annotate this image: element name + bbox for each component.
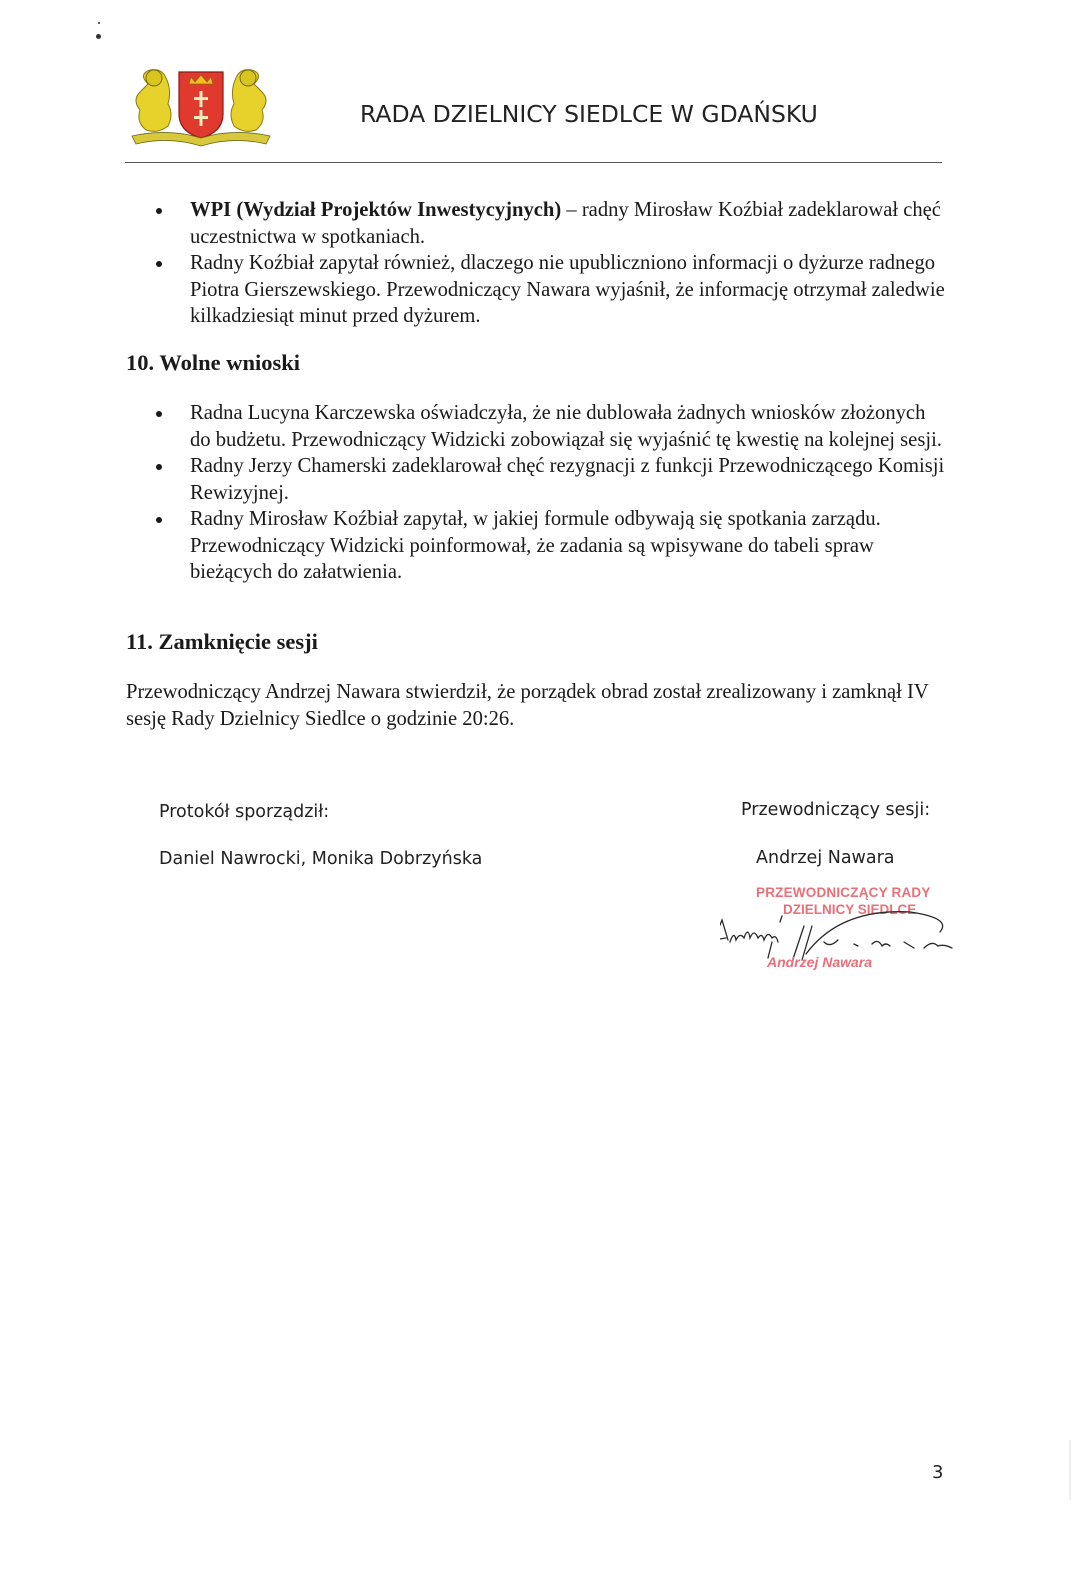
bullet-icon bbox=[156, 261, 162, 267]
section-heading-zamkniecie-sesji: 11. Zamknięcie sesji bbox=[126, 629, 318, 655]
section-heading-wolne-wnioski: 10. Wolne wnioski bbox=[126, 350, 300, 376]
list-item: Radny Jerzy Chamerski zadeklarował chęć … bbox=[156, 453, 946, 506]
scan-edge bbox=[1069, 1440, 1071, 1500]
protocol-author-names: Daniel Nawrocki, Monika Dobrzyńska bbox=[159, 849, 482, 869]
bullet-icon bbox=[156, 517, 162, 523]
bullet-text: Radny Jerzy Chamerski zadeklarował chęć … bbox=[190, 455, 944, 504]
bullet-icon bbox=[156, 208, 162, 214]
official-stamp: PRZEWODNICZĄCY RADY DZIELNICY SIEDLCE An… bbox=[720, 882, 1020, 982]
page-number: 3 bbox=[932, 1462, 943, 1483]
list-item: Radna Lucyna Karczewska oświadczyła, że … bbox=[156, 400, 946, 453]
list-item: Radny Mirosław Koźbiał zapytał, w jakiej… bbox=[156, 506, 946, 586]
list-item: Radny Koźbiał zapytał również, dlaczego … bbox=[156, 250, 946, 330]
session-chair-name: Andrzej Nawara bbox=[756, 848, 895, 868]
council-header-title: RADA DZIELNICY SIEDLCE W GDAŃSKU bbox=[360, 100, 818, 128]
bullet-text: Radny Koźbiał zapytał również, dlaczego … bbox=[190, 252, 945, 327]
gdansk-coat-of-arms-icon bbox=[128, 64, 274, 148]
bullet-icon bbox=[156, 464, 162, 470]
bullet-text: Radny Mirosław Koźbiał zapytał, w jakiej… bbox=[190, 508, 881, 583]
header-divider bbox=[125, 162, 942, 163]
section9-bullet-list: WPI (Wydział Projektów Inwestycyjnych) –… bbox=[156, 197, 946, 330]
list-item: WPI (Wydział Projektów Inwestycyjnych) –… bbox=[156, 197, 946, 250]
closing-paragraph: Przewodniczący Andrzej Nawara stwierdził… bbox=[126, 679, 956, 732]
protocol-author-label: Protokół sporządził: bbox=[159, 802, 329, 822]
scan-specks bbox=[94, 22, 104, 42]
session-chair-label: Przewodniczący sesji: bbox=[741, 800, 930, 820]
bullet-bold-label: WPI (Wydział Projektów Inwestycyjnych) bbox=[190, 199, 561, 221]
section10-bullet-list: Radna Lucyna Karczewska oświadczyła, że … bbox=[156, 400, 946, 586]
bullet-text: Radna Lucyna Karczewska oświadczyła, że … bbox=[190, 402, 942, 451]
stamp-name: Andrzej Nawara bbox=[767, 954, 872, 970]
bullet-icon bbox=[156, 411, 162, 417]
